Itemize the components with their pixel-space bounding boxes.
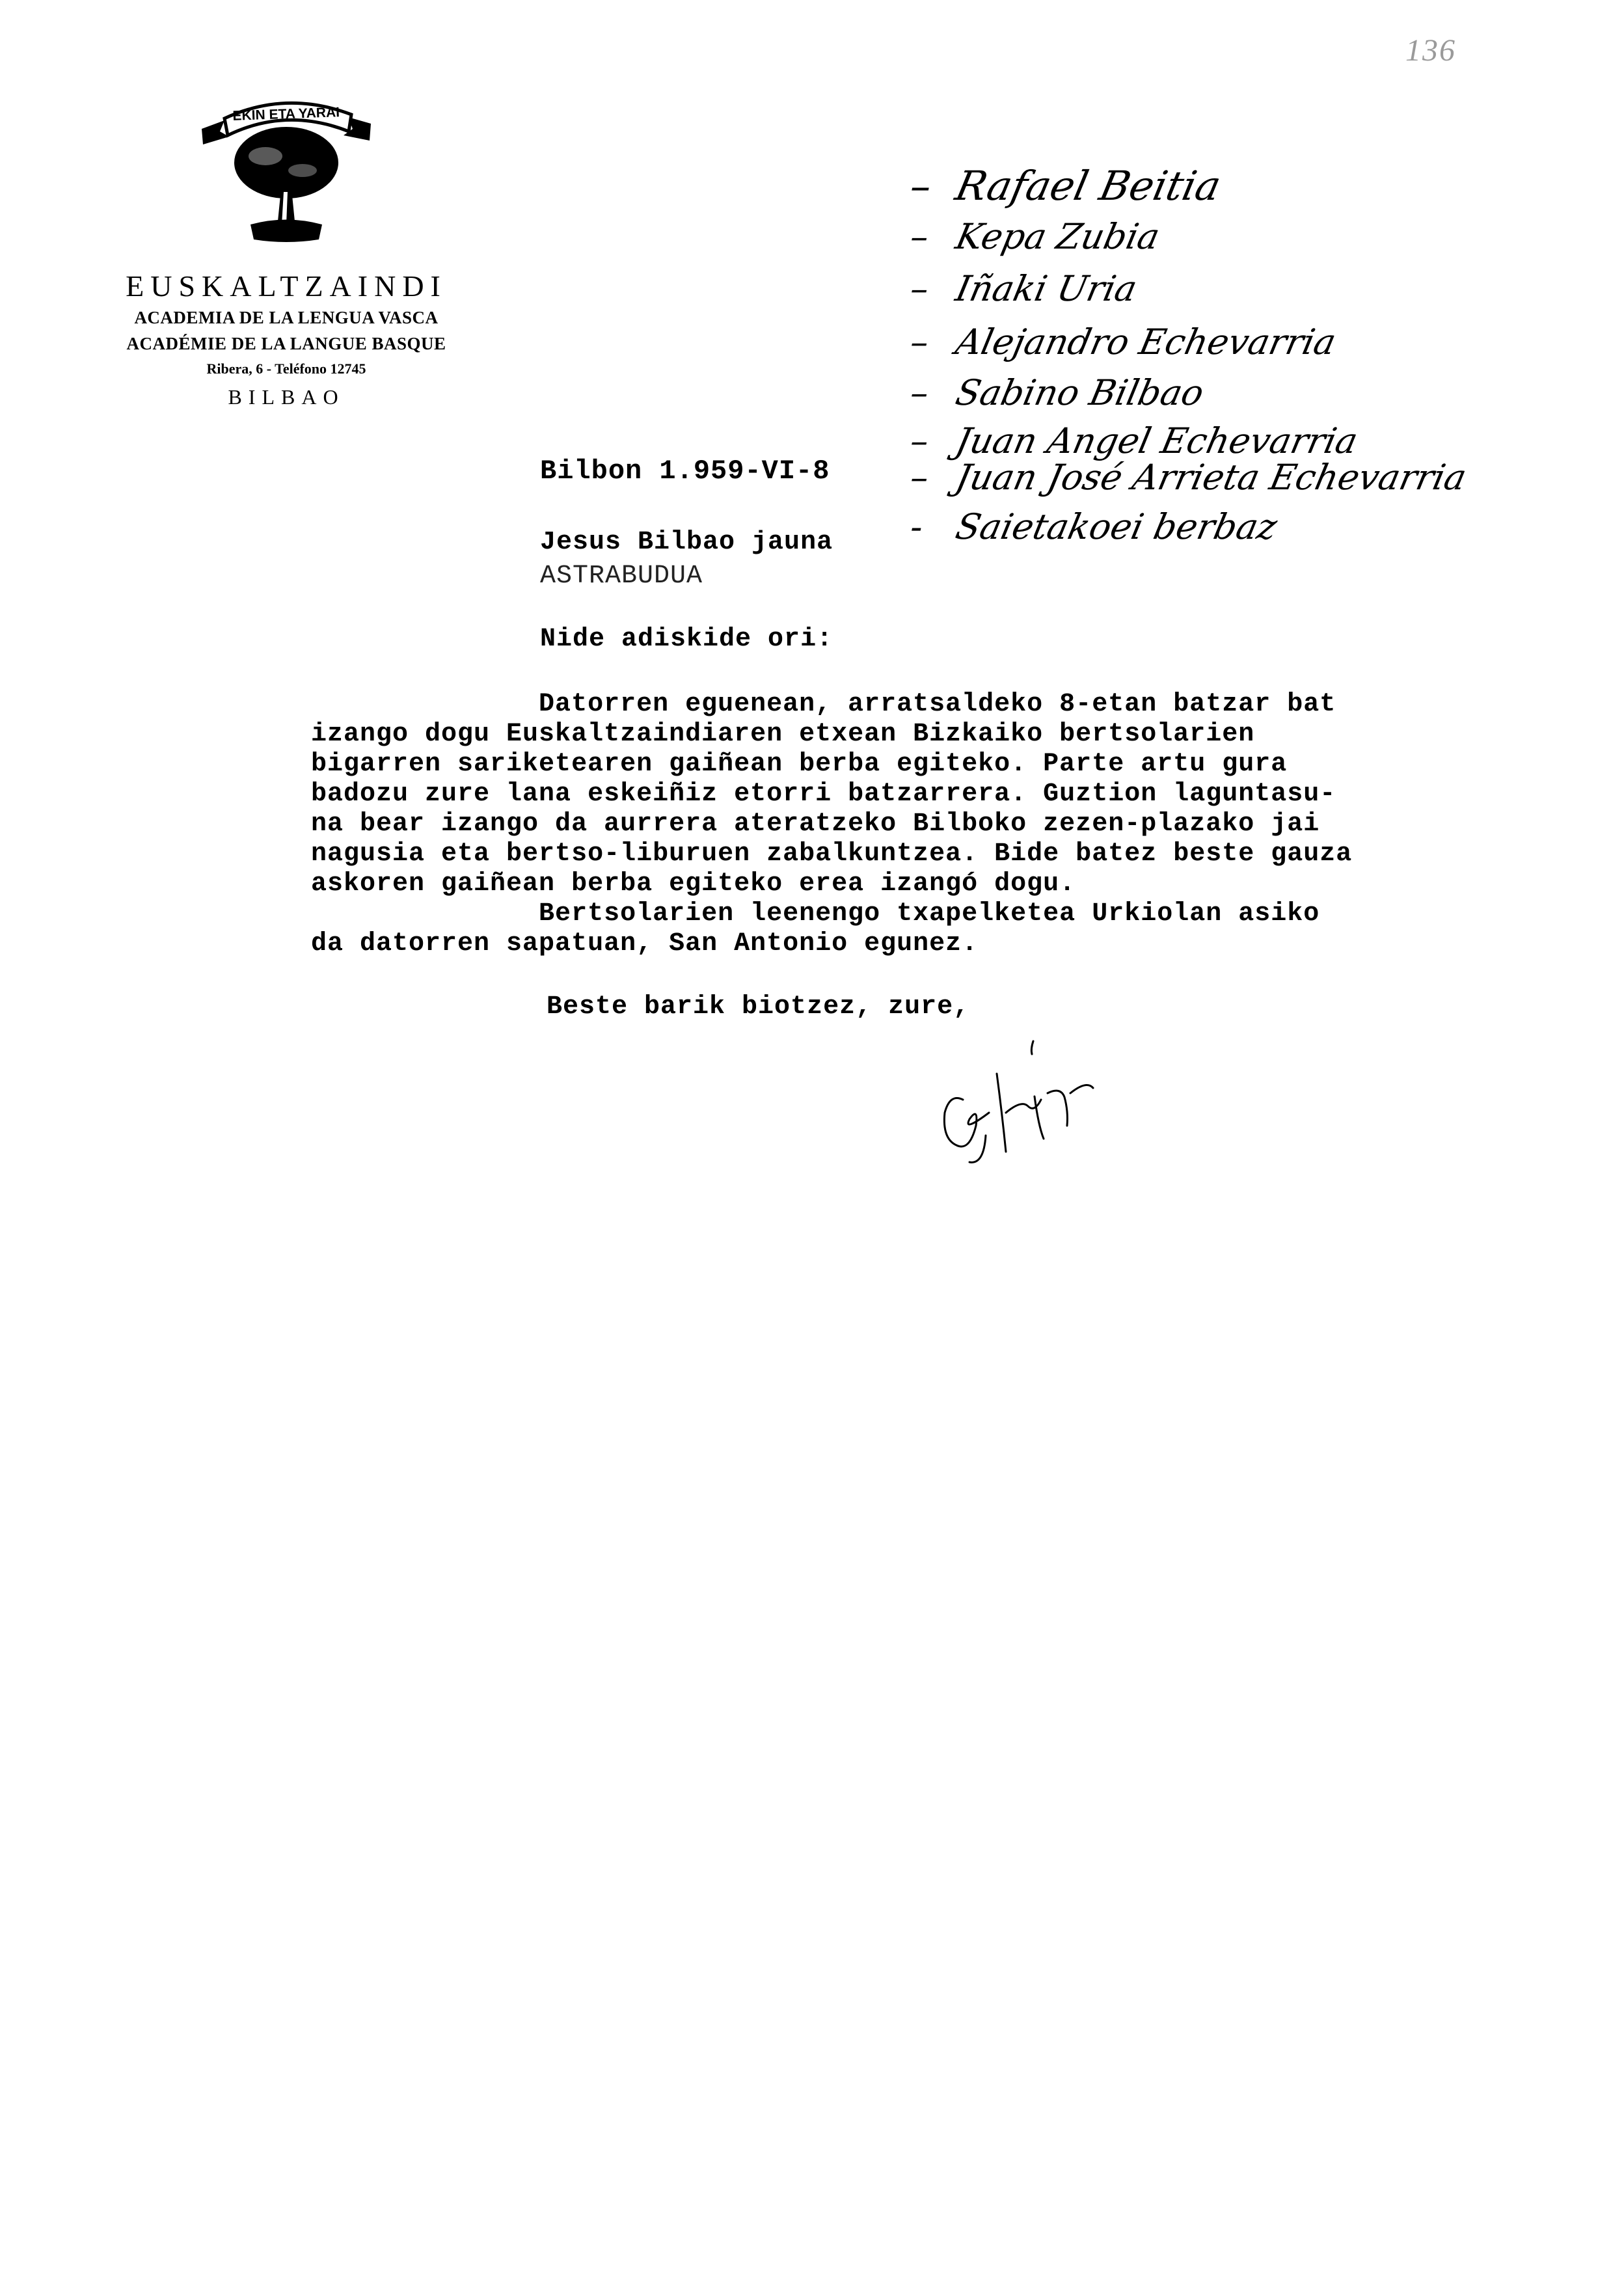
org-name: EUSKALTZAINDI — [91, 268, 481, 305]
org-address: Ribera, 6 - Teléfono 12745 — [91, 357, 481, 381]
handwritten-recipient-list: –Rafael Beitia –Kepa Zubia –Iñaki Uria –… — [911, 163, 1601, 537]
list-item: –Alejandro Echevarria — [906, 319, 1605, 366]
page-number: 136 — [1405, 33, 1456, 68]
letter-date: Bilbon 1.959-VI-8 — [540, 455, 830, 487]
salutation: Nide adiskide ori: — [540, 625, 833, 654]
letter-body: Datorren eguenean, arratsaldeko 8-etan b… — [311, 690, 1547, 959]
list-item: –Rafael Beitia — [906, 163, 1605, 210]
body-line: na bear izango da aurrera ateratzeko Bil… — [311, 809, 1547, 839]
body-line: askoren gaiñean berba egiteko erea izang… — [311, 869, 1547, 899]
body-line: Bertsolarien leenengo txapelketea Urkiol… — [311, 899, 1547, 929]
letterhead: EKIN ETA YARAI EUSKALTZAINDI ACADEMIA DE… — [91, 85, 481, 413]
body-line: badozu zure lana eskeiñiz etorri batzarr… — [311, 780, 1547, 809]
body-line: bigarren sariketearen gaiñean berba egit… — [311, 750, 1547, 780]
list-item: –Juan José Arrieta Echevarria — [906, 454, 1605, 501]
org-subtitle-es: ACADEMIA DE LA LENGUA VASCA — [91, 305, 481, 331]
addressee-name: Jesus Bilbao jauna — [540, 526, 833, 560]
list-item: –Sabino Bilbao — [906, 370, 1605, 416]
closing: Beste barik biotzez, zure, — [547, 992, 969, 1022]
org-city: BILBAO — [91, 381, 481, 413]
tree-emblem-icon: EKIN ETA YARAI — [189, 85, 384, 247]
list-item: –Kepa Zubia — [906, 213, 1605, 260]
org-subtitle-fr: ACADÉMIE DE LA LANGUE BASQUE — [91, 331, 481, 357]
list-item: –Iñaki Uria — [906, 265, 1605, 312]
body-line: da datorren sapatuan, San Antonio egunez… — [311, 929, 1547, 959]
signature — [924, 1035, 1158, 1165]
list-item: -Saietakoei berbaz — [906, 504, 1605, 550]
addressee: Jesus Bilbao jauna ASTRABUDUA — [540, 526, 833, 593]
addressee-city: ASTRABUDUA — [540, 560, 833, 593]
body-line: nagusia eta bertso-liburuen zabalkuntzea… — [311, 839, 1547, 869]
body-line: izango dogu Euskaltzaindiaren etxean Biz… — [311, 720, 1547, 750]
body-line: Datorren eguenean, arratsaldeko 8-etan b… — [311, 690, 1547, 720]
